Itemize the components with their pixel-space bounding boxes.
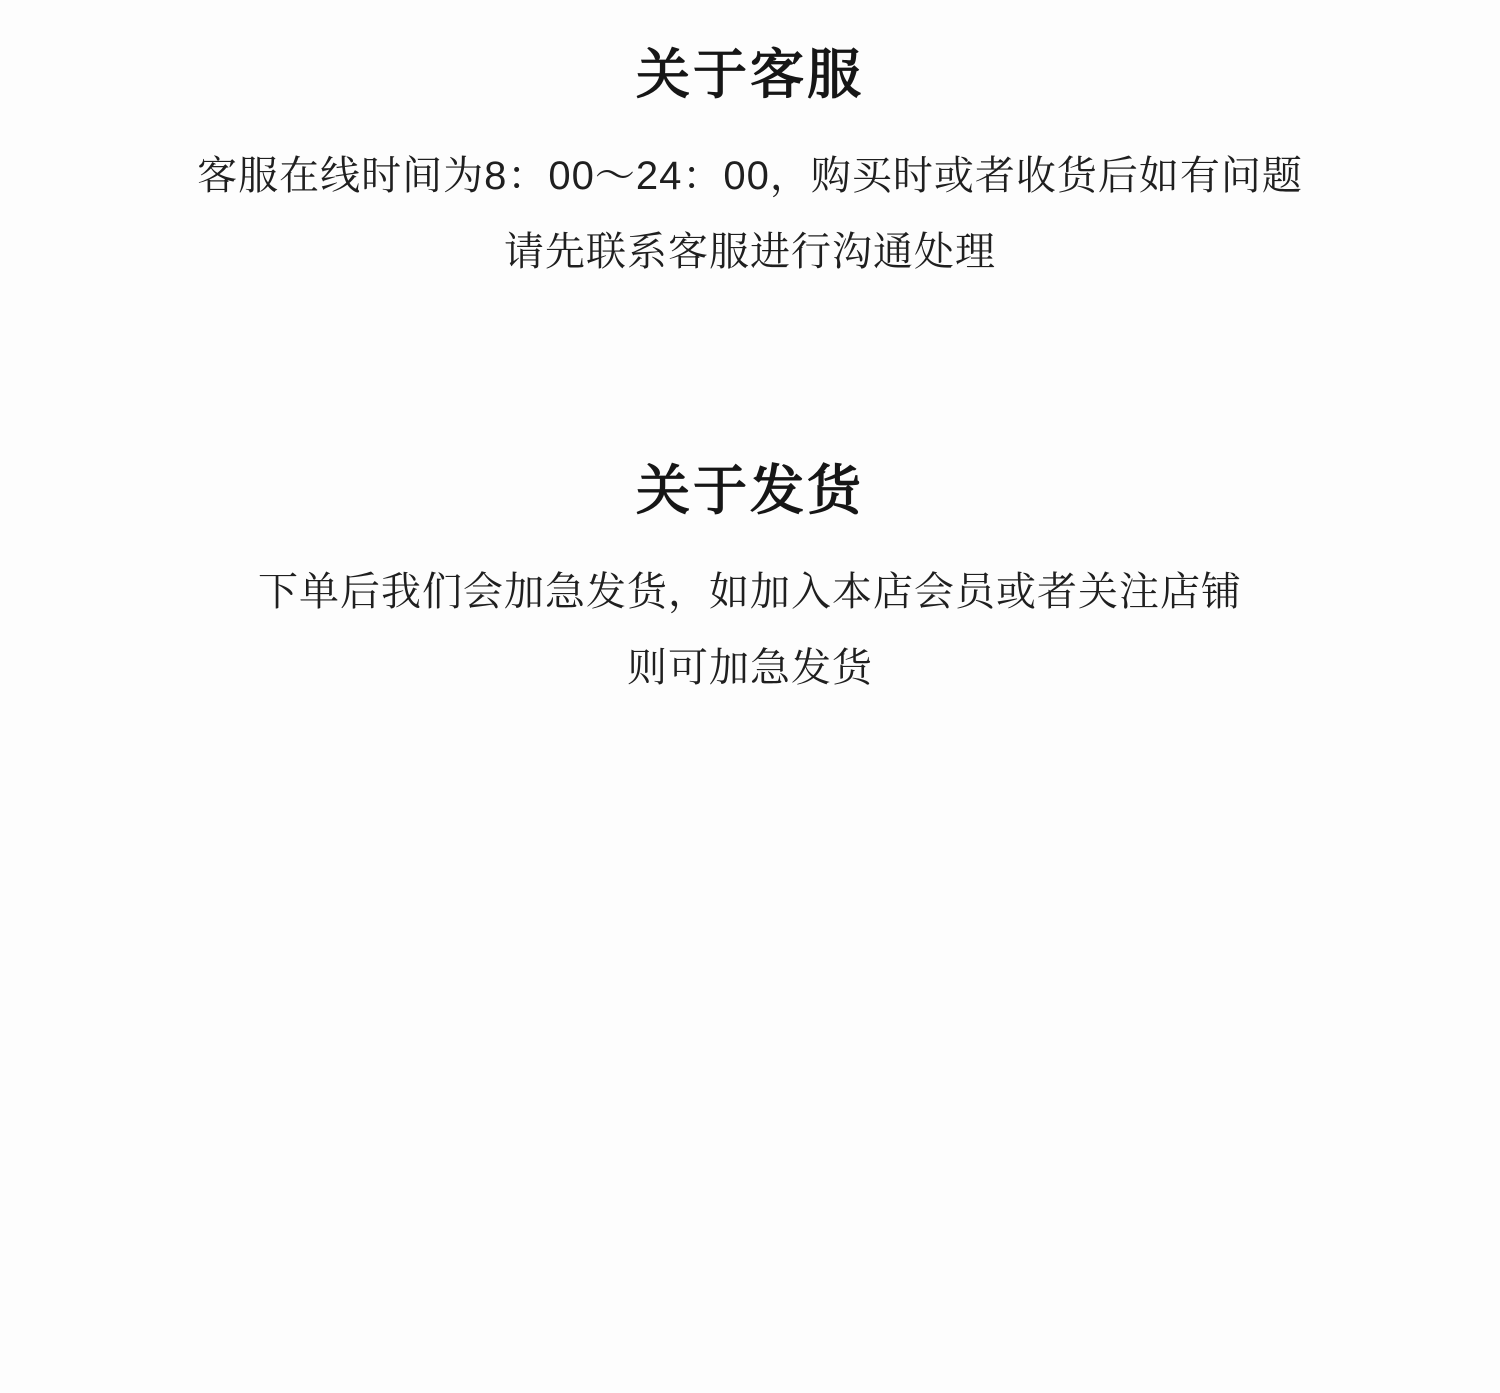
customer-service-line-2: 请先联系客服进行沟通处理 [0,214,1500,290]
customer-service-section: 关于客服 客服在线时间为8：00～24：00，购买时或者收货后如有问题 请先联系… [0,42,1500,290]
shipping-title: 关于发货 [0,458,1500,524]
store-info-page: 关于客服 客服在线时间为8：00～24：00，购买时或者收货后如有问题 请先联系… [0,0,1500,1393]
customer-service-line-1: 客服在线时间为8：00～24：00，购买时或者收货后如有问题 [0,138,1500,214]
customer-service-title: 关于客服 [0,42,1500,108]
shipping-section: 关于发货 下单后我们会加急发货，如加入本店会员或者关注店铺 则可加急发货 [0,458,1500,706]
customer-service-text: 客服在线时间为8：00～24：00，购买时或者收货后如有问题 请先联系客服进行沟… [0,138,1500,290]
shipping-line-1: 下单后我们会加急发货，如加入本店会员或者关注店铺 [0,554,1500,630]
shipping-text: 下单后我们会加急发货，如加入本店会员或者关注店铺 则可加急发货 [0,554,1500,706]
shipping-line-2: 则可加急发货 [0,630,1500,706]
